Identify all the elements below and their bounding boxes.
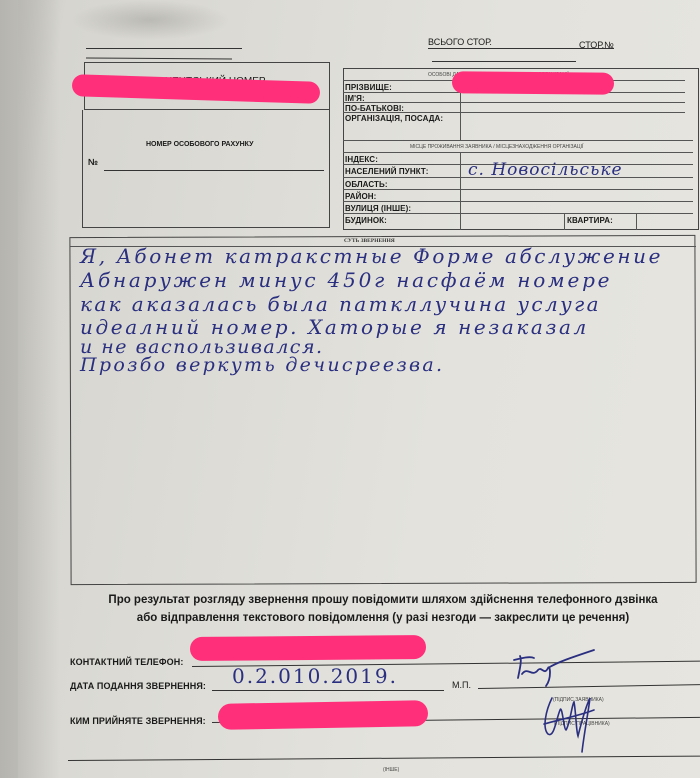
contact-phone-label: КОНТАКТНИЙ ТЕЛЕФОН: — [70, 657, 183, 667]
employee-signature — [538, 690, 608, 756]
account-number-box — [82, 110, 330, 228]
row-divider — [343, 112, 685, 113]
apartment-label: КВАРТИРА: — [567, 216, 613, 225]
total-pages-label: ВСЬОГО СТОР. — [428, 37, 492, 47]
page-no-label: СТОР.№ — [579, 40, 614, 50]
row-divider — [343, 102, 685, 103]
header-line-1 — [86, 48, 242, 49]
applicant-signature — [508, 648, 598, 696]
account-number-field[interactable] — [104, 170, 324, 171]
district-label: РАЙОН: — [345, 192, 376, 201]
appeal-line: Я, Абонет катракстные Форме абслужение — [80, 244, 663, 268]
notice-line-2: або відправлення текстового повідомлення… — [70, 609, 696, 627]
paper-shadow — [0, 0, 60, 778]
redaction-personal-data — [452, 71, 614, 94]
row-divider — [343, 177, 693, 178]
col-divider — [636, 213, 637, 230]
blurred-header-area — [70, 0, 230, 40]
row-divider — [343, 213, 693, 214]
stamp-label: М.П. — [452, 680, 471, 690]
notice-line-1: Про результат розгляду звернення прошу п… — [70, 591, 696, 609]
page-no-line[interactable] — [432, 61, 576, 62]
organization-label: ОРГАНІЗАЦІЯ, ПОСАДА: — [345, 114, 443, 123]
account-number-title: НОМЕР ОСОБОВОГО РАХУНКУ — [146, 141, 253, 148]
street-label: ВУЛИЦЯ (ІНШЕ): — [345, 204, 411, 213]
building-label: БУДИНОК: — [345, 216, 387, 225]
row-divider — [343, 140, 693, 141]
redaction-accepted-by — [218, 700, 428, 730]
other-caption: (ІНШЕ) — [383, 767, 399, 773]
notice-text: Про результат розгляду звернення прошу п… — [70, 591, 696, 627]
account-number-symbol: № — [88, 157, 98, 167]
redaction-phone — [190, 635, 426, 661]
appeal-line: Прозбо веркуть дечисреезва. — [80, 354, 444, 376]
settlement-label: НАСЕЛЕНИЙ ПУНКТ: — [345, 167, 429, 176]
row-divider — [343, 152, 693, 153]
submission-date-field[interactable] — [212, 690, 444, 691]
index-label: ІНДЕКС: — [345, 155, 378, 164]
accepted-by-label: КИМ ПРИЙНЯТЕ ЗВЕРНЕННЯ: — [70, 716, 206, 726]
submission-date-value: 0.2.010.2019. — [232, 664, 398, 688]
surname-label: ПРІЗВИЩЕ: — [345, 83, 392, 92]
col-divider — [564, 213, 565, 230]
region-label: ОБЛАСТЬ: — [345, 180, 388, 189]
row-divider — [343, 189, 693, 190]
row-divider — [343, 201, 693, 202]
address-section-title: МІСЦЕ ПРОЖИВАННЯ ЗАЯВНИКА / МІСЦЕЗНАХОДЖ… — [410, 144, 583, 150]
appeal-line: как аказалась была паткллучина услуга — [80, 292, 601, 316]
appeal-line: Абнаружен минус 450г насфаём номере — [80, 268, 612, 292]
submission-date-label: ДАТА ПОДАННЯ ЗВЕРНЕННЯ: — [70, 681, 206, 691]
